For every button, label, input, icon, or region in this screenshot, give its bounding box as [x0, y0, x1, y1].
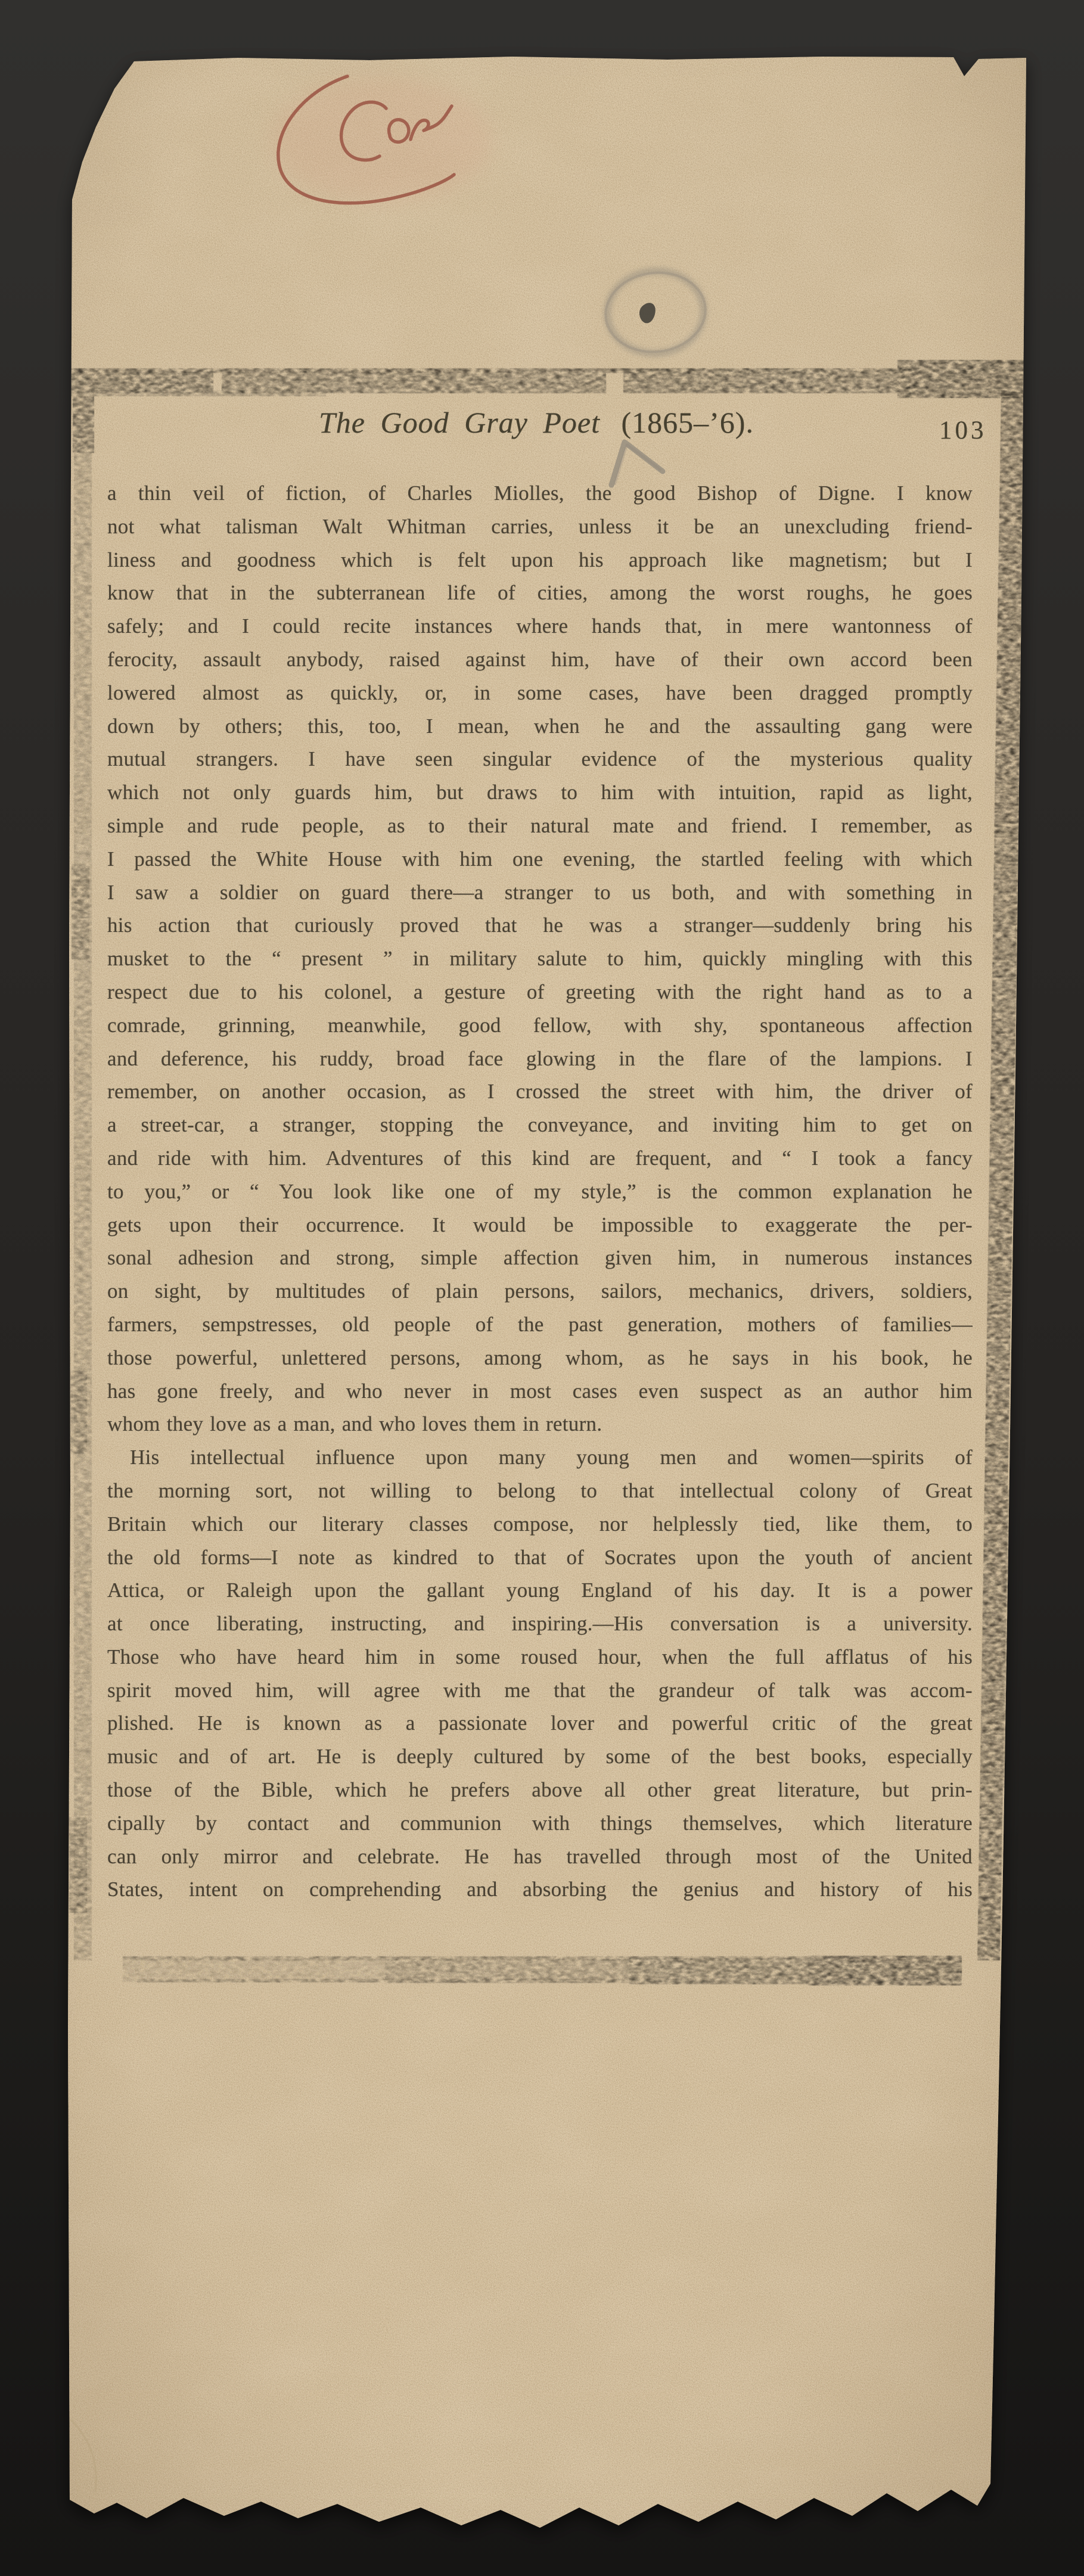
text-line: respect due to his colonel, a gesture of…	[107, 975, 973, 1009]
paragraph: a thin veil of fiction, of Charles Mioll…	[107, 477, 973, 1441]
text-line: those powerful, unlettered persons, amon…	[107, 1341, 973, 1375]
text-line: gets upon their occurrence. It would be …	[107, 1208, 973, 1242]
body-text: a thin veil of fiction, of Charles Mioll…	[107, 477, 973, 1906]
text-line: ferocity, assault anybody, raised agains…	[107, 643, 973, 676]
text-line: down by others; this, too, I mean, when …	[107, 710, 973, 743]
text-line: musket to the “ present ” in military sa…	[107, 942, 973, 975]
text-line: his action that curiously proved that he…	[107, 909, 973, 942]
header-title-dates: (1865–’6).	[622, 406, 754, 439]
text-line: liness and goodness which is felt upon h…	[107, 543, 973, 577]
text-line: simple and rude people, as to their natu…	[107, 809, 973, 843]
text-line: on sight, by multitudes of plain persons…	[107, 1275, 973, 1308]
text-line: music and of art. He is deeply cultured …	[107, 1740, 973, 1773]
text-line: States, intent on comprehending and abso…	[107, 1873, 973, 1906]
text-line: has gone freely, and who never in most c…	[107, 1375, 973, 1408]
text-line: farmers, sempstresses, old people of the…	[107, 1308, 973, 1341]
text-line: sonal adhesion and strong, simple affect…	[107, 1241, 973, 1275]
text-line: spirit moved him, will agree with me tha…	[107, 1674, 973, 1707]
text-line: a street-car, a stranger, stopping the c…	[107, 1108, 973, 1142]
text-line: comrade, grinning, meanwhile, good fello…	[107, 1009, 973, 1042]
text-line: Britain which our literary classes compo…	[107, 1508, 973, 1541]
text-line: not what talisman Walt Whitman carries, …	[107, 510, 973, 543]
text-line: Those who have heard him in some roused …	[107, 1640, 973, 1674]
text-line: I passed the White House with him one ev…	[107, 843, 973, 876]
text-line: can only mirror and celebrate. He has tr…	[107, 1840, 973, 1873]
text-line: which not only guards him, but draws to …	[107, 776, 973, 809]
paragraph: His intellectual influence upon many you…	[107, 1441, 973, 1906]
text-line: I saw a soldier on guard there—a strange…	[107, 876, 973, 909]
text-line: at once liberating, instructing, and ins…	[107, 1607, 973, 1640]
text-line: cipally by contact and communion with th…	[107, 1807, 973, 1840]
text-line: safely; and I could recite instances whe…	[107, 610, 973, 643]
text-line: Attica, or Raleigh upon the gallant youn…	[107, 1574, 973, 1607]
text-line: mutual strangers. I have seen singular e…	[107, 742, 973, 776]
text-line: those of the Bible, which he prefers abo…	[107, 1773, 973, 1807]
page-number: 103	[939, 416, 987, 445]
text-line: and deference, his ruddy, broad face glo…	[107, 1042, 973, 1076]
printed-page: The Good Gray Poet (1865–’6). 103 a thin…	[0, 0, 1084, 2576]
text-line: remember, on another occasion, as I cros…	[107, 1075, 973, 1108]
text-line: His intellectual influence upon many you…	[107, 1441, 973, 1474]
text-line: plished. He is known as a passionate lov…	[107, 1707, 973, 1740]
text-line: a thin veil of fiction, of Charles Mioll…	[107, 477, 973, 510]
text-line: the old forms—I note as kindred to that …	[107, 1541, 973, 1574]
text-line: know that in the subterranean life of ci…	[107, 576, 973, 610]
scanned-document: The Good Gray Poet (1865–’6). 103 a thin…	[0, 0, 1084, 2576]
text-line: the morning sort, not willing to belong …	[107, 1474, 973, 1508]
running-header: The Good Gray Poet (1865–’6).	[319, 405, 754, 440]
text-line: whom they love as a man, and who loves t…	[107, 1407, 973, 1441]
header-title: The Good Gray Poet	[319, 406, 600, 439]
text-line: lowered almost as quickly, or, in some c…	[107, 676, 973, 710]
text-line: and ride with him. Adventures of this ki…	[107, 1142, 973, 1175]
text-line: to you,” or “ You look like one of my st…	[107, 1175, 973, 1208]
